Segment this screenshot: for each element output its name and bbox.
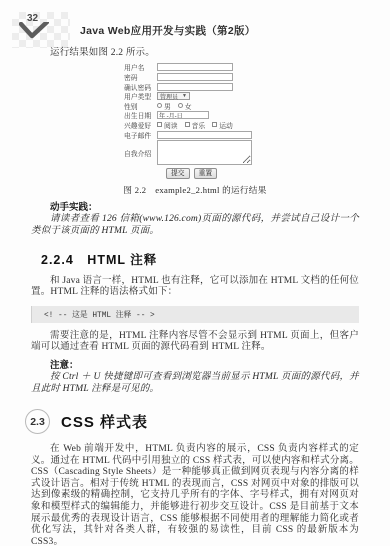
gender-female-label: 女 (185, 101, 192, 111)
section-23-paragraph: 在 Web 前端开发中，HTML 负责内容的展示，CSS 负责内容样式的定义。通… (31, 444, 359, 546)
username-label: 用户名 (124, 62, 157, 72)
email-label: 电子邮件 (124, 130, 157, 140)
username-input[interactable] (157, 63, 233, 71)
reset-button[interactable]: 重置 (194, 168, 218, 179)
confirm-password-input[interactable] (157, 83, 233, 91)
section-224-para2: 需要注意的是，HTML 注释内容尽管不会显示到 HTML 页面上，但客户端可以通… (31, 331, 359, 354)
checkbox-icon[interactable] (212, 122, 217, 127)
user-type-selected-value: 管理员 (160, 92, 178, 101)
radio-icon[interactable] (178, 103, 183, 108)
section-224-para1: 和 Java 语言一样，HTML 也有注释，它可以添加在 HTML 文档的任何位… (31, 276, 359, 299)
hobby-option-reading[interactable]: 阅读 (157, 120, 178, 130)
selfintro-label: 自我介绍 (124, 148, 157, 158)
page-content: 运行结果如图 2.2 所示。 用户名 密码 确认密码 用户类型 管理员 ▼ 性别 (31, 48, 359, 546)
user-type-label: 用户类型 (124, 91, 157, 101)
birthdate-label: 出生日期 (124, 110, 157, 120)
checkbox-icon[interactable] (185, 122, 190, 127)
book-title: Java Web应用开发与实践（第2版） (80, 23, 256, 38)
note-text: 按 Ctrl ＋ U 快捷键即可查看到浏览器当前显示 HTML 页面的源代码，并… (31, 372, 359, 395)
form-row-password: 密码 (124, 72, 264, 82)
form-row-hobbies: 兴趣爱好 阅读 音乐 运动 (124, 120, 264, 130)
password-input[interactable] (157, 73, 233, 81)
figure-caption: 图 2.2 example2_2.html 的运行结果 (31, 184, 359, 196)
dropdown-arrow-icon: ▼ (182, 93, 187, 99)
email-input[interactable] (157, 131, 252, 139)
note-heading: 注意： (31, 360, 359, 372)
gender-male-label: 男 (164, 101, 171, 111)
hobby-option-music[interactable]: 音乐 (185, 120, 206, 130)
form-buttons: 提交 重置 (166, 168, 264, 179)
submit-button[interactable]: 提交 (166, 168, 190, 179)
selfintro-textarea[interactable] (157, 140, 252, 165)
password-label: 密码 (124, 72, 157, 82)
hobby-sport-label: 运动 (219, 120, 233, 130)
form-row-user-type: 用户类型 管理员 ▼ (124, 91, 264, 101)
gender-label: 性别 (124, 101, 157, 111)
hobbies-label: 兴趣爱好 (124, 120, 157, 130)
html-comment-code-block: <! -- 这是 HTML 注释 -- > (31, 306, 359, 323)
confirm-password-label: 确认密码 (124, 82, 157, 92)
practice-heading: 动手实践： (31, 202, 359, 214)
form-row-username: 用户名 (124, 63, 264, 73)
page-number-badge: 32 (12, 12, 70, 48)
intro-paragraph: 运行结果如图 2.2 所示。 (31, 48, 359, 60)
hobby-music-label: 音乐 (192, 120, 206, 130)
section-224-heading: 2.2.4 HTML 注释 (41, 250, 359, 268)
figure-form: 用户名 密码 确认密码 用户类型 管理员 ▼ 性别 男 (124, 63, 264, 180)
checkbox-icon[interactable] (157, 122, 162, 127)
hobby-reading-label: 阅读 (164, 120, 178, 130)
form-row-gender: 性别 男 女 (124, 101, 264, 111)
form-row-birthdate: 出生日期 (124, 111, 264, 121)
hobby-option-sport[interactable]: 运动 (212, 120, 233, 130)
section-23-heading: 2.3 CSS 样式表 (25, 409, 359, 434)
birthdate-input[interactable] (157, 111, 209, 119)
practice-text: 请读者查看 126 信箱(www.126.com)页面的源代码，并尝试自己设计一… (31, 214, 359, 237)
page-header: 32 Java Web应用开发与实践（第2版） (12, 12, 256, 48)
section-23-title: CSS 样式表 (61, 411, 148, 432)
gender-option-male[interactable]: 男 (157, 101, 171, 111)
chevron-down-icon (19, 22, 49, 40)
radio-icon[interactable] (157, 103, 162, 108)
user-type-select[interactable]: 管理员 ▼ (157, 92, 190, 100)
form-row-email: 电子邮件 (124, 130, 264, 140)
section-23-number-badge: 2.3 (25, 409, 50, 434)
form-row-confirm-password: 确认密码 (124, 82, 264, 92)
form-row-selfintro: 自我介绍 (124, 140, 264, 165)
gender-option-female[interactable]: 女 (178, 101, 192, 111)
